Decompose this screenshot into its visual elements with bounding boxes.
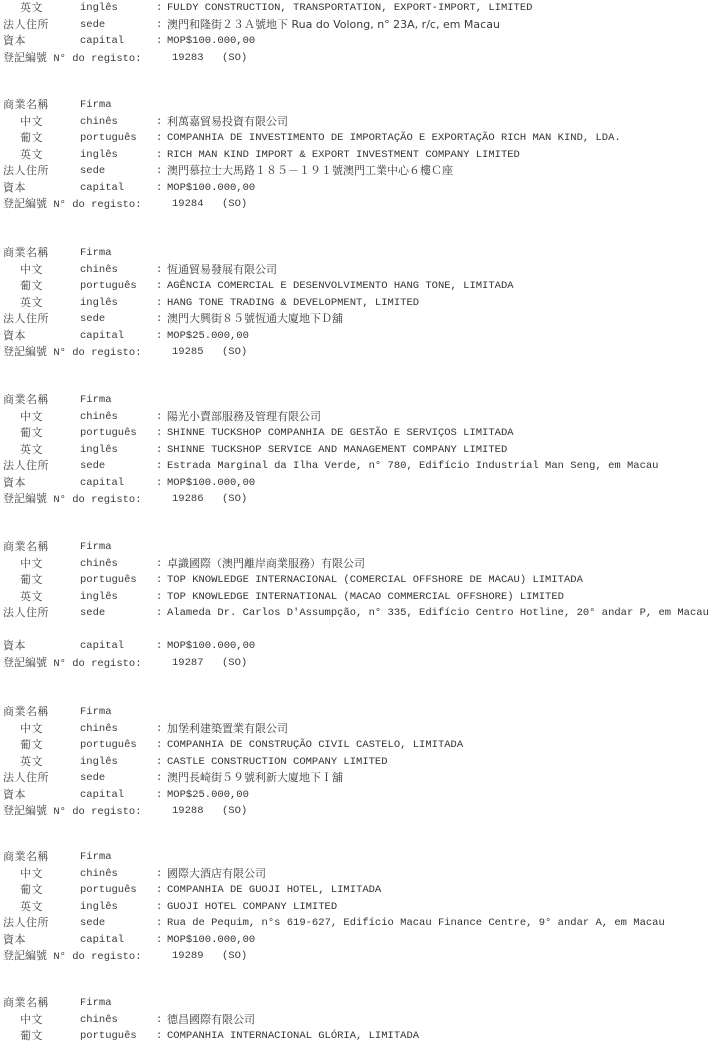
label-registo-zh: 登記編號 [3, 345, 47, 358]
label-registo-zh: 登記編號 [3, 949, 47, 962]
label-registo: 登記編號 N° do registo: [3, 196, 142, 214]
label-registo: 登記編號 N° do registo: [3, 50, 142, 68]
label-chines-zh: 中文 [20, 1012, 43, 1029]
value-registo-suffix: (SO) [222, 491, 247, 508]
label-ingles-zh: 英文 [20, 589, 43, 606]
value-capital: MOP$100.000,00 [167, 33, 255, 50]
row-ingles: 英文 inglês : HANG TONE TRADING & DEVELOPM… [0, 295, 718, 312]
label-chines-pt: chinês [80, 1012, 118, 1029]
label-ingles-zh: 英文 [20, 295, 43, 312]
row-capital: 資本 capital : MOP$100.000,00 [0, 180, 718, 197]
label-capital-pt: capital [80, 787, 124, 804]
colon: : [156, 899, 162, 916]
label-registo: 登記編號 N° do registo: [3, 948, 142, 966]
label-portugues-pt: português [80, 737, 137, 754]
value-portugues: COMPANHIA DE INVESTIMENTO DE IMPORTAÇÃO … [167, 130, 621, 147]
colon: : [156, 17, 162, 34]
value-capital: MOP$100.000,00 [167, 932, 255, 949]
value-registo: 19288 [172, 803, 204, 820]
value-chines: 德昌國際有限公司 [167, 1012, 255, 1029]
colon: : [156, 866, 162, 883]
label-firma-pt: Firma [80, 995, 112, 1012]
colon: : [156, 882, 162, 899]
label-portugues-pt: português [80, 1028, 137, 1045]
label-registo: 登記編號 N° do registo: [3, 655, 142, 673]
record-19286: 商業名稱 Firma 中文 chinês : 陽光小賣部服務及管理有限公司 葡文… [0, 392, 718, 508]
label-capital-zh: 資本 [3, 180, 26, 197]
value-sede: Alameda Dr. Carlos D'Assumpção, n° 335, … [167, 605, 712, 622]
label-sede-zh: 法人住所 [3, 458, 49, 475]
row-registo: 登記編號 N° do registo: 19286 (SO) [0, 491, 718, 508]
row-sede: 法人住所 sede : 澳門大興街８５號恆通大廈地下Ｄ舖 [0, 311, 718, 328]
label-firma-pt: Firma [80, 539, 112, 556]
label-chines-zh: 中文 [20, 721, 43, 738]
colon: : [156, 787, 162, 804]
label-chines-zh: 中文 [20, 409, 43, 426]
record-19284: 商業名稱 Firma 中文 chinês : 利萬嘉貿易投資有限公司 葡文 po… [0, 97, 718, 213]
value-chines: 國際大酒店有限公司 [167, 866, 266, 883]
row-registo: 登記編號 N° do registo: 19289 (SO) [0, 948, 718, 965]
row-firma: 商業名稱 Firma [0, 849, 718, 866]
value-ingles: RICH MAN KIND IMPORT & EXPORT INVESTMENT… [167, 147, 520, 164]
row-registo: 登記編號 N° do registo: 19284 (SO) [0, 196, 718, 213]
label-ingles-zh: 英文 [20, 0, 43, 17]
row-portugues: 葡文 português : COMPANHIA DE GUOJI HOTEL,… [0, 882, 718, 899]
colon: : [156, 458, 162, 475]
label-portugues-pt: português [80, 130, 137, 147]
colon: : [156, 605, 162, 622]
value-chines: 恆通貿易發展有限公司 [167, 262, 277, 279]
colon: : [156, 1012, 162, 1029]
row-firma: 商業名稱 Firma [0, 704, 718, 721]
label-ingles-pt: inglês [80, 589, 118, 606]
label-portugues-zh: 葡文 [20, 130, 43, 147]
row-sede: 法人住所 sede : Estrada Marginal da Ilha Ver… [0, 458, 718, 475]
label-portugues-pt: português [80, 425, 137, 442]
value-registo: 19286 [172, 491, 204, 508]
value-sede: Estrada Marginal da Ilha Verde, n° 780, … [167, 458, 658, 475]
label-firma-pt: Firma [80, 245, 112, 262]
label-registo-pt: N° do registo: [53, 806, 141, 818]
row-portugues: 葡文 português : COMPANHIA INTERNACIONAL G… [0, 1028, 718, 1045]
value-sede: 澳門慕拉士大馬路１８５－１９１號澳門工業中心６樓Ｃ座 [167, 163, 453, 180]
colon: : [156, 147, 162, 164]
row-firma: 商業名稱 Firma [0, 392, 718, 409]
value-ingles: TOP KNOWLEDGE INTERNATIONAL (MACAO COMME… [167, 589, 564, 606]
label-portugues-zh: 葡文 [20, 425, 43, 442]
value-capital: MOP$100.000,00 [167, 638, 255, 655]
record-partial-top: 英文 inglês : FULDY CONSTRUCTION, TRANSPOR… [0, 0, 718, 66]
label-firma-zh: 商業名稱 [3, 539, 49, 556]
value-sede: 澳門長崎街５９號利新大廈地下Ｉ舖 [167, 770, 343, 787]
label-firma-zh: 商業名稱 [3, 995, 49, 1012]
label-chines-pt: chinês [80, 409, 118, 426]
label-registo-pt: N° do registo: [53, 199, 141, 211]
label-firma-zh: 商業名稱 [3, 392, 49, 409]
value-registo: 19284 [172, 196, 204, 213]
value-sede: Rua de Pequim, n°s 619-627, Edifício Mac… [167, 915, 665, 932]
value-registo-suffix: (SO) [222, 948, 247, 965]
row-portugues: 葡文 português : SHINNE TUCKSHOP COMPANHIA… [0, 425, 718, 442]
colon: : [156, 475, 162, 492]
label-portugues-zh: 葡文 [20, 572, 43, 589]
label-chines-pt: chinês [80, 721, 118, 738]
row-ingles: 英文 inglês : CASTLE CONSTRUCTION COMPANY … [0, 754, 718, 771]
label-registo-zh: 登記編號 [3, 656, 47, 669]
row-chines: 中文 chinês : 恆通貿易發展有限公司 [0, 262, 718, 279]
label-ingles-zh: 英文 [20, 147, 43, 164]
value-sede: 澳門大興街８５號恆通大廈地下Ｄ舖 [167, 311, 343, 328]
row-sede: 法人住所 sede : 澳門和隆街２３Ａ號地下 Rua do Volong, n… [0, 17, 718, 34]
label-ingles-pt: inglês [80, 754, 118, 771]
value-ingles: HANG TONE TRADING & DEVELOPMENT, LIMITED [167, 295, 419, 312]
value-capital: MOP$100.000,00 [167, 475, 255, 492]
label-firma-zh: 商業名稱 [3, 704, 49, 721]
row-chines: 中文 chinês : 卓識國際（澳門離岸商業服務）有限公司 [0, 556, 718, 573]
label-sede-pt: sede [80, 770, 105, 787]
label-firma-zh: 商業名稱 [3, 849, 49, 866]
value-capital: MOP$100.000,00 [167, 180, 255, 197]
colon: : [156, 915, 162, 932]
label-registo-pt: N° do registo: [53, 951, 141, 963]
colon: : [156, 442, 162, 459]
label-registo: 登記編號 N° do registo: [3, 491, 142, 509]
label-chines-pt: chinês [80, 114, 118, 131]
value-portugues: SHINNE TUCKSHOP COMPANHIA DE GESTÃO E SE… [167, 425, 514, 442]
record-19287: 商業名稱 Firma 中文 chinês : 卓識國際（澳門離岸商業服務）有限公… [0, 539, 718, 671]
label-capital-zh: 資本 [3, 33, 26, 50]
label-ingles-pt: inglês [80, 442, 118, 459]
label-firma-zh: 商業名稱 [3, 245, 49, 262]
value-registo-suffix: (SO) [222, 655, 247, 672]
colon: : [156, 737, 162, 754]
label-capital-zh: 資本 [3, 787, 26, 804]
value-registo-suffix: (SO) [222, 803, 247, 820]
colon: : [156, 33, 162, 50]
label-capital-pt: capital [80, 638, 124, 655]
value-chines: 利萬嘉貿易投資有限公司 [167, 114, 288, 131]
record-19285: 商業名稱 Firma 中文 chinês : 恆通貿易發展有限公司 葡文 por… [0, 245, 718, 361]
label-sede-pt: sede [80, 605, 105, 622]
value-chines: 陽光小賣部服務及管理有限公司 [167, 409, 321, 426]
label-chines-pt: chinês [80, 262, 118, 279]
row-sede: 法人住所 sede : Rua de Pequim, n°s 619-627, … [0, 915, 718, 932]
label-registo: 登記編號 N° do registo: [3, 803, 142, 821]
label-chines-pt: chinês [80, 866, 118, 883]
label-ingles-zh: 英文 [20, 754, 43, 771]
row-portugues: 葡文 português : TOP KNOWLEDGE INTERNACION… [0, 572, 718, 589]
colon: : [156, 114, 162, 131]
label-capital-pt: capital [80, 932, 124, 949]
row-registo: 登記編號 N° do registo: 19283 (SO) [0, 50, 718, 67]
label-capital-pt: capital [80, 180, 124, 197]
row-capital: 資本 capital : MOP$100.000,00 [0, 932, 718, 949]
row-firma: 商業名稱 Firma [0, 539, 718, 556]
label-registo-pt: N° do registo: [53, 658, 141, 670]
label-registo-zh: 登記編號 [3, 51, 47, 64]
row-firma: 商業名稱 Firma [0, 245, 718, 262]
row-capital: 資本 capital : MOP$25.000,00 [0, 328, 718, 345]
label-chines-zh: 中文 [20, 866, 43, 883]
colon: : [156, 1028, 162, 1045]
row-ingles: 英文 inglês : RICH MAN KIND IMPORT & EXPOR… [0, 147, 718, 164]
label-sede-zh: 法人住所 [3, 605, 49, 622]
label-sede-pt: sede [80, 915, 105, 932]
label-ingles-pt: inglês [80, 295, 118, 312]
value-ingles: GUOJI HOTEL COMPANY LIMITED [167, 899, 337, 916]
label-chines-zh: 中文 [20, 556, 43, 573]
label-ingles-pt: inglês [80, 899, 118, 916]
label-portugues-zh: 葡文 [20, 278, 43, 295]
value-ingles: CASTLE CONSTRUCTION COMPANY LIMITED [167, 754, 388, 771]
row-ingles: 英文 inglês : GUOJI HOTEL COMPANY LIMITED [0, 899, 718, 916]
label-capital-zh: 資本 [3, 475, 26, 492]
value-capital: MOP$25.000,00 [167, 787, 249, 804]
value-registo: 19287 [172, 655, 204, 672]
colon: : [156, 589, 162, 606]
colon: : [156, 721, 162, 738]
row-chines: 中文 chinês : 國際大酒店有限公司 [0, 866, 718, 883]
row-portugues: 葡文 português : AGÊNCIA COMERCIAL E DESEN… [0, 278, 718, 295]
label-registo-pt: N° do registo: [53, 347, 141, 359]
colon: : [156, 556, 162, 573]
label-firma-pt: Firma [80, 392, 112, 409]
label-chines-zh: 中文 [20, 114, 43, 131]
colon: : [156, 130, 162, 147]
label-registo-zh: 登記編號 [3, 492, 47, 505]
label-firma-zh: 商業名稱 [3, 97, 49, 114]
label-registo: 登記編號 N° do registo: [3, 344, 142, 362]
label-capital-zh: 資本 [3, 638, 26, 655]
row-chines: 中文 chinês : 陽光小賣部服務及管理有限公司 [0, 409, 718, 426]
label-firma-pt: Firma [80, 97, 112, 114]
colon: : [156, 638, 162, 655]
colon: : [156, 409, 162, 426]
label-registo-pt: N° do registo: [53, 53, 141, 65]
colon: : [156, 180, 162, 197]
label-sede-pt: sede [80, 311, 105, 328]
record-19288: 商業名稱 Firma 中文 chinês : 加堡利建築置業有限公司 葡文 po… [0, 704, 718, 820]
row-capital: 資本 capital : MOP$25.000,00 [0, 787, 718, 804]
label-firma-pt: Firma [80, 849, 112, 866]
label-portugues-pt: português [80, 278, 137, 295]
label-portugues-zh: 葡文 [20, 882, 43, 899]
value-portugues: AGÊNCIA COMERCIAL E DESENVOLVIMENTO HANG… [167, 278, 514, 295]
label-firma-pt: Firma [80, 704, 112, 721]
label-ingles-zh: 英文 [20, 442, 43, 459]
value-chines: 卓識國際（澳門離岸商業服務）有限公司 [167, 556, 365, 573]
colon: : [156, 278, 162, 295]
row-chines: 中文 chinês : 加堡利建築置業有限公司 [0, 721, 718, 738]
record-partial-bottom: 商業名稱 Firma 中文 chinês : 德昌國際有限公司 葡文 portu… [0, 995, 718, 1045]
colon: : [156, 295, 162, 312]
label-chines-zh: 中文 [20, 262, 43, 279]
colon: : [156, 163, 162, 180]
row-sede: 法人住所 sede : Alameda Dr. Carlos D'Assumpç… [0, 605, 718, 638]
label-chines-pt: chinês [80, 556, 118, 573]
label-sede-pt: sede [80, 17, 105, 34]
label-capital-zh: 資本 [3, 932, 26, 949]
value-sede: 澳門和隆街２３Ａ號地下 Rua do Volong, n° 23A, r/c, … [167, 17, 500, 34]
row-capital: 資本 capital : MOP$100.000,00 [0, 475, 718, 492]
colon: : [156, 425, 162, 442]
label-portugues-pt: português [80, 882, 137, 899]
value-ingles: SHINNE TUCKSHOP SERVICE AND MANAGEMENT C… [167, 442, 507, 459]
label-portugues-zh: 葡文 [20, 737, 43, 754]
label-capital-pt: capital [80, 475, 124, 492]
record-19289: 商業名稱 Firma 中文 chinês : 國際大酒店有限公司 葡文 port… [0, 849, 718, 965]
row-ingles: 英文 inglês : SHINNE TUCKSHOP SERVICE AND … [0, 442, 718, 459]
row-capital: 資本 capital : MOP$100.000,00 [0, 638, 718, 655]
value-registo: 19289 [172, 948, 204, 965]
row-sede: 法人住所 sede : 澳門慕拉士大馬路１８５－１９１號澳門工業中心６樓Ｃ座 [0, 163, 718, 180]
colon: : [156, 262, 162, 279]
row-registo: 登記編號 N° do registo: 19287 (SO) [0, 655, 718, 672]
colon: : [156, 754, 162, 771]
row-registo: 登記編號 N° do registo: 19288 (SO) [0, 803, 718, 820]
label-sede-zh: 法人住所 [3, 915, 49, 932]
value-registo-suffix: (SO) [222, 50, 247, 67]
row-firma: 商業名稱 Firma [0, 97, 718, 114]
label-sede-pt: sede [80, 458, 105, 475]
row-ingles: 英文 inglês : TOP KNOWLEDGE INTERNATIONAL … [0, 589, 718, 606]
row-capital: 資本 capital : MOP$100.000,00 [0, 33, 718, 50]
row-portugues: 葡文 português : COMPANHIA DE INVESTIMENTO… [0, 130, 718, 147]
value-capital: MOP$25.000,00 [167, 328, 249, 345]
label-registo-zh: 登記編號 [3, 804, 47, 817]
colon: : [156, 572, 162, 589]
colon: : [156, 328, 162, 345]
value-portugues: COMPANHIA DE CONSTRUÇÃO CIVIL CASTELO, L… [167, 737, 463, 754]
row-chines: 中文 chinês : 利萬嘉貿易投資有限公司 [0, 114, 718, 131]
label-ingles-pt: inglês [80, 147, 118, 164]
colon: : [156, 0, 162, 17]
value-registo-suffix: (SO) [222, 196, 247, 213]
row-registo: 登記編號 N° do registo: 19285 (SO) [0, 344, 718, 361]
label-ingles-zh: 英文 [20, 899, 43, 916]
value-registo: 19283 [172, 50, 204, 67]
colon: : [156, 932, 162, 949]
value-chines: 加堡利建築置業有限公司 [167, 721, 288, 738]
colon: : [156, 770, 162, 787]
value-portugues: COMPANHIA DE GUOJI HOTEL, LIMITADA [167, 882, 381, 899]
colon: : [156, 311, 162, 328]
label-sede-pt: sede [80, 163, 105, 180]
label-sede-zh: 法人住所 [3, 163, 49, 180]
label-sede-zh: 法人住所 [3, 311, 49, 328]
value-registo-suffix: (SO) [222, 344, 247, 361]
label-portugues-pt: português [80, 572, 137, 589]
row-firma: 商業名稱 Firma [0, 995, 718, 1012]
label-sede-zh: 法人住所 [3, 17, 49, 34]
label-capital-pt: capital [80, 33, 124, 50]
label-capital-pt: capital [80, 328, 124, 345]
value-portugues: COMPANHIA INTERNACIONAL GLÓRIA, LIMITADA [167, 1028, 419, 1045]
label-sede-zh: 法人住所 [3, 770, 49, 787]
row-portugues: 葡文 português : COMPANHIA DE CONSTRUÇÃO C… [0, 737, 718, 754]
label-registo-zh: 登記編號 [3, 197, 47, 210]
row-ingles: 英文 inglês : FULDY CONSTRUCTION, TRANSPOR… [0, 0, 718, 17]
row-chines: 中文 chinês : 德昌國際有限公司 [0, 1012, 718, 1029]
row-sede: 法人住所 sede : 澳門長崎街５９號利新大廈地下Ｉ舖 [0, 770, 718, 787]
value-ingles: FULDY CONSTRUCTION, TRANSPORTATION, EXPO… [167, 0, 532, 17]
label-registo-pt: N° do registo: [53, 494, 141, 506]
value-portugues: TOP KNOWLEDGE INTERNACIONAL (COMERCIAL O… [167, 572, 583, 589]
label-capital-zh: 資本 [3, 328, 26, 345]
label-portugues-zh: 葡文 [20, 1028, 43, 1045]
value-registo: 19285 [172, 344, 204, 361]
label-ingles-pt: inglês [80, 0, 118, 17]
